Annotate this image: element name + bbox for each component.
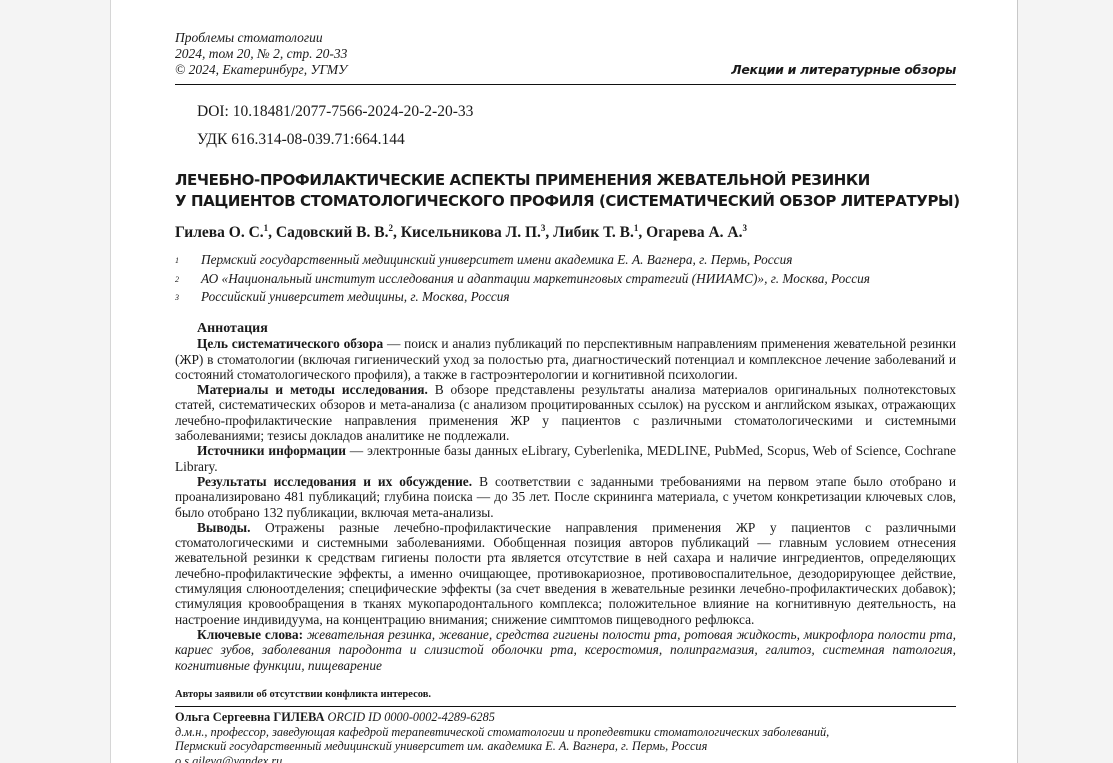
affiliation-list: 1Пермский государственный медицинский ун… [175, 251, 870, 307]
author-position: д.м.н., профессор, заведующая кафедрой т… [175, 725, 829, 739]
abstract-heading: Аннотация [175, 321, 956, 336]
document-page: Проблемы стоматологии 2024, том 20, № 2,… [110, 0, 1018, 763]
footer-divider [175, 706, 956, 707]
author-email[interactable]: o.s.gileva@yandex.ru [175, 754, 282, 763]
author: Огарева А. А.3 [646, 224, 747, 241]
section-label: Лекции и литературные обзоры [731, 62, 956, 77]
journal-info: Проблемы стоматологии 2024, том 20, № 2,… [175, 30, 347, 78]
author-institution: Пермский государственный медицинский уни… [175, 739, 707, 753]
author: Либик Т. В.1, [553, 224, 646, 241]
orcid[interactable]: ORCID ID 0000-0002-4289-6285 [324, 710, 494, 724]
conflict-statement: Авторы заявили об отсутствии конфликта и… [175, 689, 431, 700]
author-full-name: Ольга Сергеевна ГИЛЕВА [175, 710, 324, 724]
journal-name: Проблемы стоматологии [175, 30, 347, 46]
abstract-section-sources: Источники информации — электронные базы … [175, 443, 956, 474]
abstract-section-methods: Материалы и методы исследования. В обзор… [175, 382, 956, 443]
author-info: Ольга Сергеевна ГИЛЕВА ORCID ID 0000-000… [175, 710, 829, 763]
journal-copyright: © 2024, Екатеринбург, УГМУ [175, 62, 347, 78]
abstract-section-results: Результаты исследования и их обсуждение.… [175, 474, 956, 520]
affiliation: 1Пермский государственный медицинский ун… [175, 251, 870, 270]
header-divider [175, 84, 956, 85]
title-line-1: ЛЕЧЕБНО-ПРОФИЛАКТИЧЕСКИЕ АСПЕКТЫ ПРИМЕНЕ… [175, 170, 956, 191]
author: Кисельникова Л. П.3, [401, 224, 553, 241]
author: Садовский В. В.2, [276, 224, 401, 241]
affiliation: 3Российский университет медицины, г. Мос… [175, 288, 870, 307]
doi[interactable]: DOI: 10.18481/2077-7566-2024-20-2-20-33 [197, 103, 473, 121]
journal-issue: 2024, том 20, № 2, стр. 20-33 [175, 46, 347, 62]
abstract: Аннотация Цель систематического обзора —… [175, 321, 956, 673]
affiliation: 2АО «Национальный институт исследования … [175, 270, 870, 289]
author-list: Гилева О. С.1, Садовский В. В.2, Кисельн… [175, 223, 747, 242]
author: Гилева О. С.1, [175, 224, 276, 241]
article-title: ЛЕЧЕБНО-ПРОФИЛАКТИЧЕСКИЕ АСПЕКТЫ ПРИМЕНЕ… [175, 170, 956, 212]
abstract-section-conclusions: Выводы. Отражены разные лечебно-профилак… [175, 520, 956, 627]
keywords: Ключевые слова: жевательная резинка, жев… [175, 627, 956, 673]
udk: УДК 616.314-08-039.71:664.144 [197, 131, 405, 149]
abstract-section-aim: Цель систематического обзора — поиск и а… [175, 336, 956, 382]
title-line-2: У ПАЦИЕНТОВ СТОМАТОЛОГИЧЕСКОГО ПРОФИЛЯ (… [175, 191, 956, 212]
